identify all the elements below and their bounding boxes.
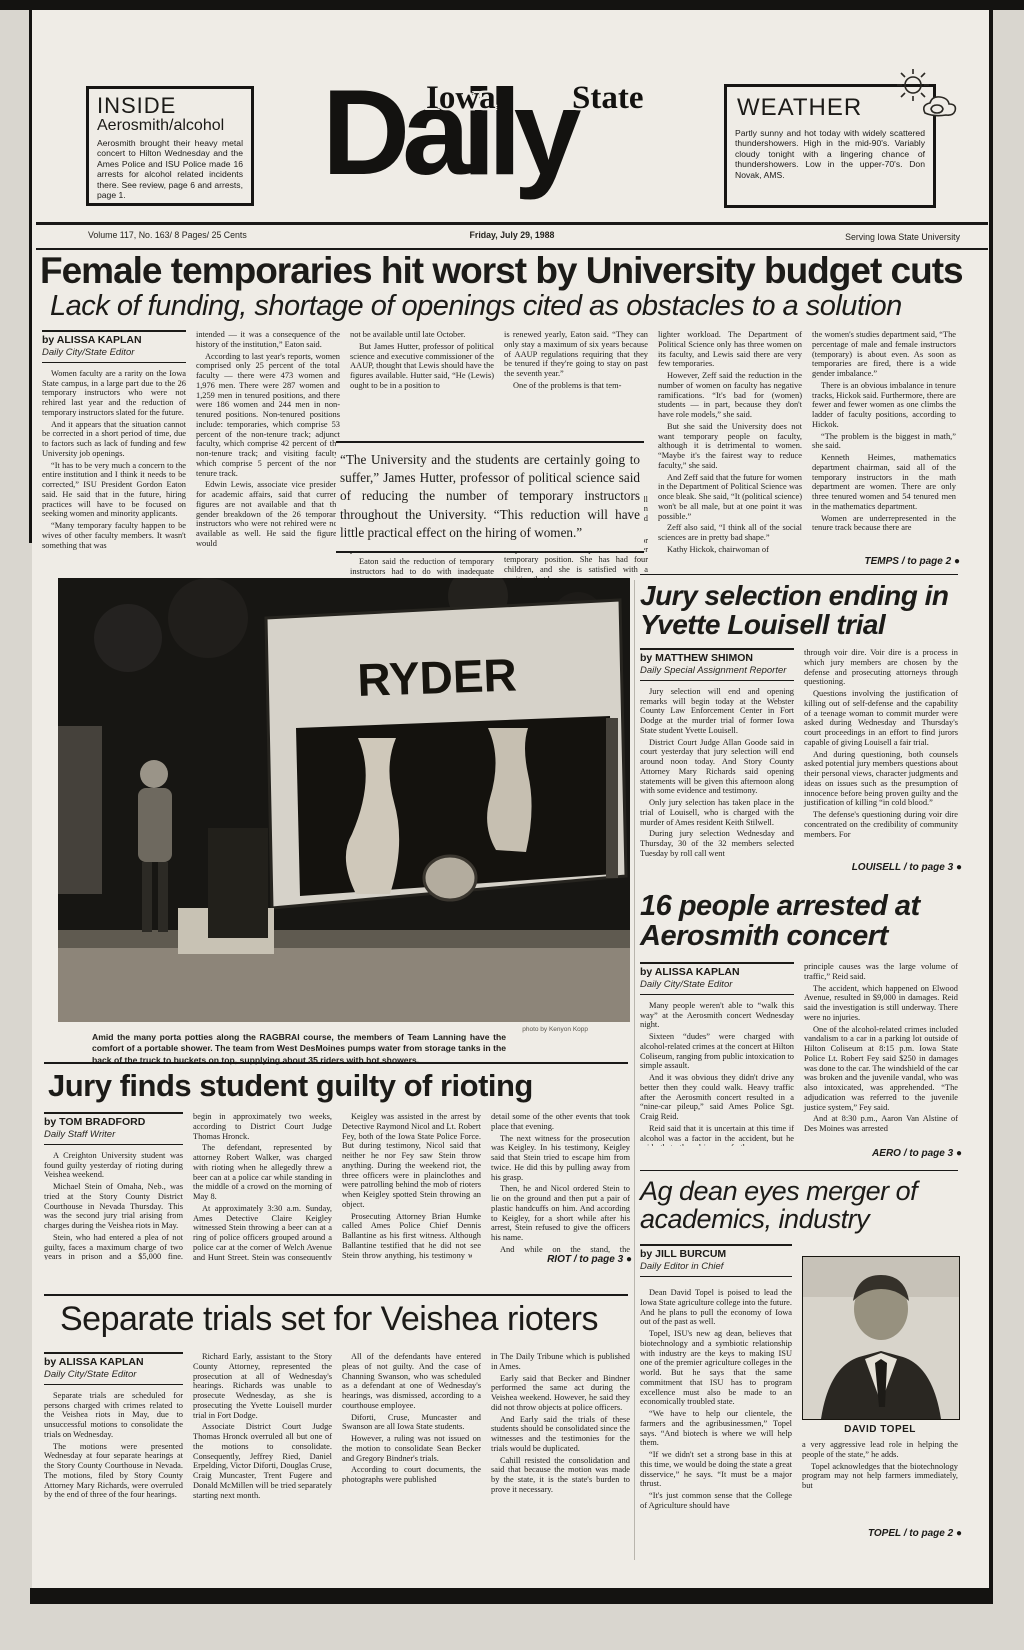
- ragbrai-photo-illustration: RYDER: [58, 578, 630, 1022]
- byline-title: Daily Special Assignment Reporter: [640, 665, 794, 676]
- paragraph: The defendant, represented by attorney R…: [193, 1143, 332, 1202]
- byline-name: by MATTHEW SHIMON: [640, 653, 794, 665]
- paragraph: One of the problems is that tem-: [504, 381, 648, 391]
- topel-portrait-illustration: [803, 1257, 959, 1419]
- paragraph: “We have to help our clientele, the farm…: [640, 1409, 792, 1448]
- folio-volume: Volume 117, No. 163/ 8 Pages/ 25 Cents: [88, 230, 388, 240]
- paragraph: Separate trials are scheduled for person…: [44, 1391, 183, 1440]
- aerosmith-article: by ALISSA KAPLAN Daily City/State Editor…: [640, 962, 958, 1146]
- paragraph: During jury selection Wednesday and Thur…: [640, 829, 794, 858]
- news-photo-ragbrai: RYDER: [58, 578, 630, 1022]
- paragraph: According to last year's reports, women …: [196, 352, 340, 479]
- byline-title: Daily City/State Editor: [42, 347, 186, 358]
- truck-logo-text: RYDER: [357, 648, 518, 706]
- section-rule: [44, 1062, 628, 1064]
- sun-cloud-icon: [887, 67, 957, 127]
- topel-byline-wrap: by JILL BURCUM Daily Editor in Chief: [640, 1244, 792, 1283]
- louisell-byline: by MATTHEW SHIMON Daily Special Assignme…: [640, 648, 794, 681]
- lead-byline: by ALISSA KAPLAN Daily City/State Editor: [42, 330, 186, 363]
- paragraph: Kenneth Heimes, mathematics department c…: [812, 453, 956, 512]
- trials-byline: by ALISSA KAPLAN Daily City/State Editor: [44, 1352, 183, 1385]
- jump-louisell: LOUISELL / to page 3 ●: [700, 862, 962, 873]
- paragraph: Michael Stein of Omaha, Neb., was tried …: [44, 1182, 183, 1231]
- paragraph: Reid said that it is uncertain at this t…: [640, 1124, 794, 1146]
- jump-riot: RIOT / to page 3 ●: [472, 1254, 632, 1265]
- byline-name: by TOM BRADFORD: [44, 1117, 183, 1129]
- paragraph: Associate District Court Judge Thomas Hr…: [193, 1422, 332, 1500]
- paragraph: Diforti, Cruse, Muncaster and Swanson ar…: [342, 1413, 481, 1433]
- paragraph: Then, he and Nicol ordered Stein to lie …: [491, 1184, 630, 1243]
- paragraph: “The problem is the biggest in math,” sh…: [812, 432, 956, 452]
- paragraph: And it appears that the situation cannot…: [42, 420, 186, 459]
- paragraph: Kathy Hickok, chairwoman of: [658, 545, 802, 555]
- trials-col-2: Richard Early, assistant to the Story Co…: [193, 1352, 332, 1560]
- lead-col-6: the women's studies department said, “Th…: [812, 330, 956, 578]
- riot-headline: Jury finds student guilty of rioting: [48, 1070, 628, 1102]
- paragraph: And it was obvious they didn't drive any…: [640, 1073, 794, 1122]
- weather-body: Partly sunny and hot today with widely s…: [735, 128, 925, 180]
- folio-rule-top: [36, 222, 988, 225]
- byline-title: Daily Staff Writer: [44, 1129, 183, 1140]
- louisell-headline: Jury selection ending in Yvette Louisell…: [640, 582, 962, 640]
- paragraph: “It's just common sense that the College…: [640, 1491, 792, 1511]
- paragraph: “It has to be very much a concern to the…: [42, 461, 186, 520]
- riot-byline: by TOM BRADFORD Daily Staff Writer: [44, 1112, 183, 1145]
- paragraph: Topel acknowledges that the biotechnolog…: [802, 1462, 958, 1491]
- paragraph: is renewed yearly, Eaton said. “They can…: [504, 330, 648, 379]
- lead-col-1: by ALISSA KAPLAN Daily City/State Editor…: [42, 330, 186, 578]
- paragraph: Topel, ISU's new ag dean, believes that …: [640, 1329, 792, 1407]
- byline-title: Daily City/State Editor: [44, 1369, 183, 1380]
- paragraph: Questions involving the justification of…: [804, 689, 958, 748]
- topel-byline: by JILL BURCUM Daily Editor in Chief: [640, 1244, 792, 1277]
- byline-name: by JILL BURCUM: [640, 1249, 792, 1261]
- byline-name: by ALISSA KAPLAN: [44, 1357, 183, 1369]
- scan-edge-left: [29, 8, 32, 543]
- inside-subtitle: Aerosmith/alcohol: [97, 117, 243, 135]
- inside-body: Aerosmith brought their heavy metal conc…: [97, 138, 243, 201]
- folio-slogan: Serving Iowa State University: [700, 232, 960, 242]
- paragraph: detail some of the other events that too…: [491, 1112, 630, 1132]
- paragraph: Edwin Lewis, associate vice president fo…: [196, 480, 340, 548]
- riot-col-2: begin in approximately two weeks, accord…: [193, 1112, 332, 1260]
- trials-article: by ALISSA KAPLAN Daily City/State Editor…: [44, 1352, 630, 1560]
- pull-quote: “The University and the students are cer…: [336, 441, 644, 553]
- topel-photo-caption: DAVID TOPEL: [802, 1424, 958, 1435]
- inside-title: INSIDE: [97, 94, 243, 117]
- scan-edge-bottom: [30, 1588, 992, 1604]
- newspaper-front-page: INSIDE Aerosmith/alcohol Aerosmith broug…: [0, 0, 1024, 1650]
- section-rule: [44, 1294, 628, 1296]
- paragraph: Sixteen “dudes” were charged with alcoho…: [640, 1032, 794, 1071]
- jump-temps: TEMPS / to page 2 ●: [810, 556, 960, 567]
- paragraph: not be available until late October.: [350, 330, 494, 340]
- paragraph: Jury selection will end and opening rema…: [640, 687, 794, 736]
- paragraph: The accident, which happened on Elwood A…: [804, 984, 958, 1023]
- paragraph: Women are underrepresented in the tenure…: [812, 514, 956, 534]
- louisell-article: by MATTHEW SHIMON Daily Special Assignme…: [640, 648, 958, 880]
- riot-article: by TOM BRADFORD Daily Staff Writer A Cre…: [44, 1112, 630, 1260]
- louisell-col-2: through voir dire. Voir dire is a proces…: [804, 648, 958, 880]
- photo-credit: photo by Kenyon Kopp: [498, 1026, 588, 1033]
- trials-col-1: by ALISSA KAPLAN Daily City/State Editor…: [44, 1352, 183, 1560]
- paragraph: Cahill resisted the consolidation and sa…: [491, 1456, 630, 1495]
- paragraph: lighter workload. The Department of Poli…: [658, 330, 802, 369]
- topel-col-1: Dean David Topel is poised to lead the I…: [640, 1288, 792, 1560]
- folio-date: Friday, July 29, 1988: [362, 230, 662, 240]
- paragraph: One of the alcohol-related crimes includ…: [804, 1025, 958, 1113]
- paragraph: At approximately 3:30 a.m. Sunday, Ames …: [193, 1204, 332, 1260]
- paragraph: But James Hutter, professor of political…: [350, 342, 494, 391]
- byline-title: Daily City/State Editor: [640, 979, 794, 990]
- topel-headline: Ag dean eyes merger of academics, indust…: [640, 1178, 962, 1234]
- news-photo-topel: [802, 1256, 960, 1420]
- paragraph: principle causes was the large volume of…: [804, 962, 958, 982]
- paragraph: The defense's questioning during voir di…: [804, 810, 958, 839]
- aerosmith-col-1: by ALISSA KAPLAN Daily City/State Editor…: [640, 962, 794, 1146]
- jump-topel: TOPEL / to page 2 ●: [790, 1528, 962, 1539]
- paragraph: However, a ruling was not issued on the …: [342, 1434, 481, 1463]
- lead-subheadline: Lack of funding, shortage of openings ci…: [50, 292, 965, 321]
- paragraph: Eaton said the reduction of temporary in…: [350, 557, 494, 578]
- lead-headline: Female temporaries hit worst by Universi…: [40, 252, 975, 289]
- photo-caption: Amid the many porta potties along the RA…: [92, 1032, 506, 1066]
- byline-name: by ALISSA KAPLAN: [42, 335, 186, 347]
- paragraph: Women faculty are a rarity on the Iowa S…: [42, 369, 186, 418]
- paragraph: “If we didn't set a strong base in this …: [640, 1450, 792, 1489]
- paragraph: And Early said the trials of these stude…: [491, 1415, 630, 1454]
- paragraph: “Many temporary faculty happen to be wiv…: [42, 521, 186, 550]
- lead-col-5: lighter workload. The Department of Poli…: [658, 330, 802, 578]
- paragraph: intended — it was a consequence of the h…: [196, 330, 340, 350]
- riot-col-4: detail some of the other events that too…: [491, 1112, 630, 1260]
- paragraph: Many people weren't able to “walk this w…: [640, 1001, 794, 1030]
- paragraph: All of the defendants have entered pleas…: [342, 1352, 481, 1411]
- sun-icon: [897, 69, 929, 101]
- topel-col-2: a very aggressive lead role in helping t…: [802, 1440, 958, 1524]
- trials-col-3: All of the defendants have entered pleas…: [342, 1352, 481, 1560]
- paragraph: begin in approximately two weeks, accord…: [193, 1112, 332, 1141]
- weather-box: WEATHER Partly sunny and hot today with …: [724, 84, 936, 208]
- section-rule: [640, 574, 958, 575]
- paragraph: The next witness for the prosecution was…: [491, 1134, 630, 1183]
- jump-aero: AERO / to page 3 ●: [806, 1148, 962, 1159]
- inside-box: INSIDE Aerosmith/alcohol Aerosmith broug…: [86, 86, 254, 206]
- paragraph: However, Zeff said the reduction in the …: [658, 371, 802, 420]
- scan-edge-right: [989, 8, 993, 1604]
- aerosmith-col-2: principle causes was the large volume of…: [804, 962, 958, 1146]
- column-divider: [634, 580, 635, 1560]
- paragraph: There is an obvious imbalance in tenure …: [812, 381, 956, 430]
- riot-col-1: by TOM BRADFORD Daily Staff Writer A Cre…: [44, 1112, 183, 1260]
- logo-state: State: [572, 80, 643, 117]
- paragraph: But she said the University does not wan…: [658, 422, 802, 471]
- trials-col-4: in The Daily Tribune which is published …: [491, 1352, 630, 1560]
- louisell-col-1: by MATTHEW SHIMON Daily Special Assignme…: [640, 648, 794, 880]
- paragraph: Richard Early, assistant to the Story Co…: [193, 1352, 332, 1420]
- lead-col-2: intended — it was a consequence of the h…: [196, 330, 340, 578]
- paragraph: The motions were presented Wednesday at …: [44, 1442, 183, 1501]
- riot-col-3: Keigley was assisted in the arrest by De…: [342, 1112, 481, 1260]
- section-rule: [640, 1170, 958, 1171]
- paragraph: Dean David Topel is poised to lead the I…: [640, 1288, 792, 1327]
- paragraph: through voir dire. Voir dire is a proces…: [804, 648, 958, 687]
- paragraph: Only jury selection has taken place in t…: [640, 798, 794, 827]
- paragraph: And Zeff said that the future for women …: [658, 473, 802, 522]
- paragraph: Prosecuting Attorney Brian Humke called …: [342, 1212, 481, 1261]
- byline-name: by ALISSA KAPLAN: [640, 967, 794, 979]
- paragraph: Keigley was assisted in the arrest by De…: [342, 1112, 481, 1210]
- cloud-icon: [924, 97, 956, 116]
- paragraph: A Creighton University student was found…: [44, 1151, 183, 1180]
- paragraph: Zeff also said, “I think all of the soci…: [658, 523, 802, 543]
- masthead-logo: Daily Iowa State: [322, 76, 672, 216]
- paragraph: the women's studies department said, “Th…: [812, 330, 956, 379]
- paragraph: And during questioning, both counsels as…: [804, 750, 958, 809]
- scan-edge-top: [0, 0, 1024, 10]
- logo-iowa: Iowa: [426, 80, 496, 117]
- paragraph: a very aggressive lead role in helping t…: [802, 1440, 958, 1460]
- paragraph: District Court Judge Allan Goode said in…: [640, 738, 794, 797]
- paragraph: in The Daily Tribune which is published …: [491, 1352, 630, 1372]
- byline-title: Daily Editor in Chief: [640, 1261, 792, 1272]
- aerosmith-byline: by ALISSA KAPLAN Daily City/State Editor: [640, 962, 794, 995]
- paragraph: Early said that Becker and Bindner perfo…: [491, 1374, 630, 1413]
- paragraph: According to court documents, the photog…: [342, 1465, 481, 1485]
- paragraph: And at 8:30 p.m., Aaron Van Alstine of D…: [804, 1114, 958, 1134]
- aerosmith-headline: 16 people arrested at Aerosmith concert: [640, 892, 966, 952]
- paragraph: Stein, who had entered a plea of not gui…: [44, 1233, 183, 1260]
